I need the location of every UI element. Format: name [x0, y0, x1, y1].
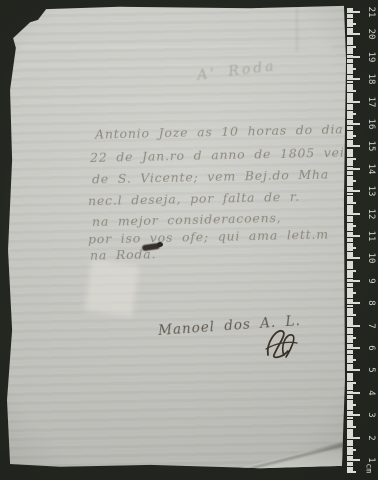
ruler-tick: [347, 97, 353, 99]
ruler-tick: [347, 400, 353, 402]
ruler-number: 10: [362, 251, 376, 265]
ruler-tick: [347, 137, 353, 139]
handwritten-line: de S. Vicente; vem Bej.do Mha: [92, 167, 329, 187]
ruler-tick: [347, 312, 353, 314]
ruler-tick: [347, 382, 356, 384]
ruler-tick: [347, 290, 353, 292]
ruler-number: 18: [362, 72, 376, 86]
ruler-tick: [347, 68, 356, 70]
ruler-number: 19: [362, 50, 376, 64]
ruler-number: 13: [362, 184, 376, 198]
ruler-tick: [347, 341, 353, 343]
ruler-tick: [347, 160, 353, 162]
ruler-tick: [347, 220, 353, 222]
ruler-tick: [347, 99, 353, 101]
ruler-tick: [347, 270, 356, 272]
ruler-tick: [347, 149, 353, 151]
ruler-tick: [347, 243, 353, 245]
ruler-tick: [347, 128, 353, 130]
ruler-tick: [347, 48, 353, 50]
ruler-tick: [347, 254, 353, 256]
ruler-tick: [347, 413, 353, 415]
ruler-tick: [347, 317, 353, 319]
ruler-tick: [347, 162, 353, 164]
ruler-tick: [347, 111, 353, 113]
ruler-tick: [347, 189, 353, 191]
ruler-number: 14: [362, 162, 376, 176]
ruler-tick: [347, 406, 353, 408]
ruler-tick: [347, 256, 353, 258]
ruler-tick: [347, 323, 353, 325]
ruler-number: 20: [362, 27, 376, 41]
ruler-tick: [347, 310, 353, 312]
ruler-number: 4: [362, 386, 376, 400]
ruler-tick: [347, 113, 356, 115]
ruler-tick: [347, 458, 353, 460]
ruler-tick: [347, 375, 353, 377]
ruler-tick: [347, 182, 353, 184]
ruler-tick: [347, 296, 353, 298]
ruler-tick: [347, 115, 353, 117]
ruler-tick: [347, 232, 353, 234]
ruler-tick: [347, 346, 353, 348]
ruler-tick: [347, 200, 353, 202]
ruler-tick: [347, 37, 353, 39]
ruler-tick: [347, 444, 353, 446]
ruler-tick: [347, 108, 353, 110]
ruler-tick: [347, 25, 353, 27]
ink-blot: [142, 243, 161, 251]
ruler-tick: [347, 14, 353, 16]
ruler-number: 12: [362, 207, 376, 221]
ruler-tick: [347, 178, 353, 180]
ruler-tick: [347, 447, 353, 449]
fold-crease-line: [227, 443, 348, 475]
ruler-tick: [347, 198, 353, 200]
handwritten-line: por iso vos ofe; qui ama lett.m: [88, 226, 329, 246]
ruler-tick: [347, 435, 353, 437]
archival-photo: A' Roda Antonio Joze as 10 horas do dia …: [0, 0, 378, 480]
ruler-tick: [347, 321, 353, 323]
ruler-tick: [347, 301, 353, 303]
ruler-tick: [347, 299, 353, 301]
ink-blot: [157, 242, 163, 247]
ruler-tick: [347, 133, 353, 135]
ruler-tick: [347, 285, 353, 287]
ruler-tick: [347, 379, 353, 381]
ruler-tick: [347, 422, 353, 424]
ruler-tick: [347, 395, 353, 397]
ruler-tick: [347, 330, 353, 332]
ruler-tick: [347, 288, 353, 290]
ruler-tick: [347, 117, 353, 119]
ruler-tick: [347, 50, 353, 52]
ruler-tick: [347, 440, 353, 442]
ruler-tick: [347, 442, 353, 444]
ruler-tick: [347, 52, 353, 54]
ruler-tick: [347, 366, 353, 368]
ruler-tick: [347, 86, 353, 88]
ruler-tick: [347, 261, 353, 263]
ruler-number: 15: [362, 139, 376, 153]
ruler-tick: [347, 337, 356, 339]
ruler-tick: [347, 207, 353, 209]
ruler-tick: [347, 238, 353, 240]
ruler-tick: [347, 305, 353, 307]
paper-crease: [20, 46, 333, 48]
ruler-tick: [347, 361, 353, 363]
ruler-tick: [347, 225, 356, 227]
ruler-tick: [347, 95, 353, 97]
ruler-tick: [347, 245, 353, 247]
ruler-tick: [347, 211, 353, 213]
ruler-tick: [347, 223, 353, 225]
ruler-tick: [347, 252, 353, 254]
ruler-tick: [347, 420, 353, 422]
ruler-tick: [347, 249, 353, 251]
ruler-tick: [347, 131, 353, 133]
ruler-tick: [347, 21, 353, 23]
ruler-tick: [347, 417, 353, 419]
ruler-tick: [347, 84, 353, 86]
ruler-tick: [347, 229, 353, 231]
ruler-tick: [347, 151, 353, 153]
ruler-number: 21: [362, 5, 376, 19]
ruler-tick: [347, 120, 353, 122]
ruler-tick: [347, 126, 353, 128]
ruler-tick: [347, 106, 353, 108]
ruler-tick: [347, 153, 353, 155]
ruler-tick: [347, 426, 356, 428]
folded-corner: [228, 441, 346, 471]
ruler-tick: [347, 404, 356, 406]
ruler-tick: [347, 209, 353, 211]
ruler-tick: [347, 388, 353, 390]
paper-crease: [20, 100, 333, 102]
ruler-number: 1: [362, 453, 376, 467]
ruler-tick: [347, 350, 353, 352]
ruler-tick: [347, 344, 353, 346]
ruler-tick: [347, 75, 353, 77]
ruler-tick: [347, 8, 353, 10]
ruler-tick: [347, 283, 353, 285]
ruler-number: 16: [362, 117, 376, 131]
signature: Manoel dos A. L.: [158, 313, 302, 339]
ruler-tick: [347, 43, 353, 45]
ruler-tick: [347, 202, 356, 204]
ruler-tick: [347, 205, 353, 207]
ruler-tick: [347, 391, 353, 393]
ruler-tick: [347, 77, 353, 79]
ruler-tick: [347, 332, 353, 334]
ruler-tick: [347, 142, 353, 144]
ruler-tick: [347, 167, 353, 169]
ruler-tick: [347, 16, 353, 18]
ruler-tick: [347, 247, 356, 249]
ruler-tick: [347, 176, 353, 178]
ruler-number: 9: [362, 274, 376, 288]
ruler-tick: [347, 279, 353, 281]
handwritten-line: nec.l deseja, por falta de r.: [88, 189, 300, 208]
ruler-number: 5: [362, 363, 376, 377]
ruler-tick: [347, 104, 353, 106]
ruler-tick: [347, 339, 353, 341]
ruler-tick: [347, 352, 353, 354]
ruler-tick: [347, 59, 353, 61]
ruler-number: 3: [362, 408, 376, 422]
ruler-tick: [347, 328, 353, 330]
ruler-tick: [347, 158, 356, 160]
handwritten-line: na mejor consideracoens,: [92, 210, 282, 229]
ruler-tick: [347, 32, 353, 34]
ruler-tick: [347, 357, 353, 359]
ruler-tick: [347, 180, 356, 182]
ruler-tick: [347, 64, 353, 66]
ruler-tick: [347, 424, 353, 426]
ruler-tick: [347, 471, 356, 473]
ruler-tick: [347, 135, 356, 137]
ruler-tick: [347, 449, 356, 451]
handwritten-line: Antonio Joze as 10 horas do dia: [95, 121, 344, 141]
signature-flourish-icon: [262, 325, 300, 361]
ruler-tick: [347, 274, 353, 276]
ruler-tick: [347, 335, 353, 337]
ruler-tick: [347, 368, 353, 370]
ruler-tick: [347, 240, 353, 242]
ruler-tick: [347, 314, 356, 316]
ruler-tick: [347, 81, 353, 83]
ruler-tick: [347, 272, 353, 274]
ruler-number: 17: [362, 95, 376, 109]
ruler-tick: [347, 30, 353, 32]
ruler-tick: [347, 408, 353, 410]
ruler-tick: [347, 308, 353, 310]
handwritten-header: A' Roda: [196, 58, 277, 84]
ruler-tick: [347, 397, 353, 399]
ruler-tick: [347, 402, 353, 404]
ruler-tick: [347, 218, 353, 220]
ruler-tick: [347, 453, 353, 455]
ruler-tick: [347, 61, 353, 63]
ruler-tick: [347, 292, 356, 294]
ruler-tick: [347, 234, 353, 236]
ruler-tick: [347, 173, 353, 175]
ruler-number: 6: [362, 341, 376, 355]
ruler-number: 2: [362, 431, 376, 445]
ruler-tick: [347, 28, 353, 30]
paper-crease: [296, 6, 298, 52]
ruler-tick: [347, 196, 353, 198]
ruler-tick: [347, 294, 353, 296]
ruler-tick: [347, 155, 353, 157]
ruler-tick: [347, 373, 353, 375]
ruler-tick: [347, 187, 353, 189]
ruler-tick: [347, 55, 353, 57]
ruler-tick: [347, 171, 353, 173]
paper-crease: [20, 64, 333, 66]
ruler-tick: [347, 355, 353, 357]
ruler-tick: [347, 216, 353, 218]
handwritten-line: na Roda.: [90, 246, 157, 262]
ruler-tick: [347, 276, 353, 278]
ruler-tick: [347, 193, 353, 195]
ruler-tick: [347, 359, 356, 361]
ruler-tick: [347, 41, 353, 43]
ruler-tick: [347, 319, 353, 321]
ruler-tick: [347, 19, 353, 21]
ruler-tick: [347, 364, 353, 366]
ruler-tick: [347, 456, 353, 458]
ruler-tick: [347, 140, 353, 142]
ruler-number: 8: [362, 296, 376, 310]
ruler-tick: [347, 386, 353, 388]
ruler-tick: [347, 265, 353, 267]
ruler-tick: [347, 70, 353, 72]
handwritten-line: 22 de Jan.ro d anno de 1805 veio a: [90, 144, 370, 165]
ruler-tick: [347, 122, 353, 124]
ruler-tick: [347, 10, 353, 12]
ruler-tick: [347, 377, 353, 379]
ruler-tick: [347, 23, 356, 25]
ruler-tick: [347, 267, 353, 269]
ruler-tick: [347, 39, 353, 41]
ruler-tick: [347, 431, 353, 433]
ruler-tick: [347, 411, 353, 413]
manuscript-paper: A' Roda Antonio Joze as 10 horas do dia …: [6, 4, 346, 471]
measurement-ruler: cm 212019181716151413121110987654321: [346, 0, 378, 480]
ruler-tick: [347, 90, 356, 92]
ruler-tick: [347, 144, 353, 146]
faded-stamp-ghost: [85, 259, 140, 317]
ruler-tick: [347, 46, 356, 48]
ruler-number: 7: [362, 319, 376, 333]
ruler-tick: [347, 184, 353, 186]
ruler-tick: [347, 451, 353, 453]
ruler-tick: [347, 164, 353, 166]
ruler-tick: [347, 227, 353, 229]
ruler-tick: [347, 93, 353, 95]
ruler-tick: [347, 72, 353, 74]
ruler-tick: [347, 433, 353, 435]
ruler-tick: [347, 429, 353, 431]
ruler-number: 11: [362, 229, 376, 243]
ruler-tick: [347, 66, 353, 68]
ruler-tick: [347, 263, 353, 265]
ruler-tick: [347, 88, 353, 90]
ruler-tick: [347, 384, 353, 386]
